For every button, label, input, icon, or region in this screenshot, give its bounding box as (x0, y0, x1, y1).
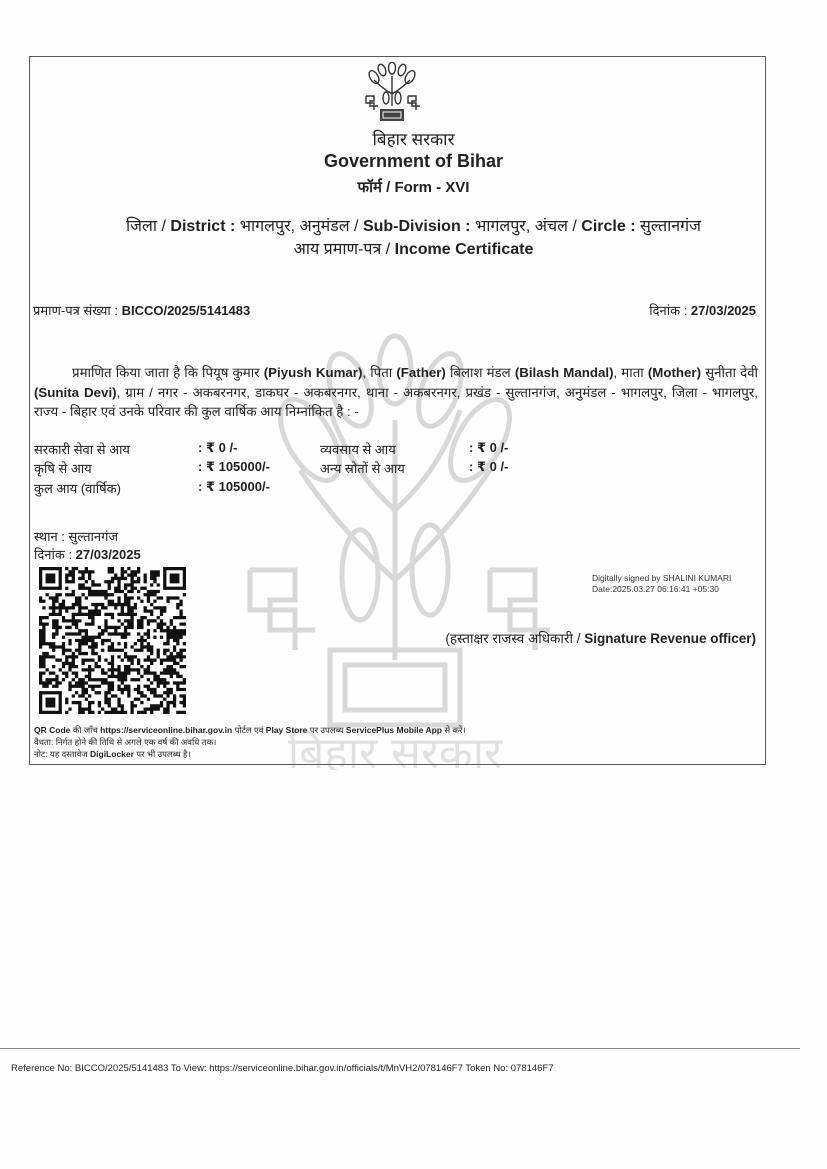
note-text: की जाँच (70, 725, 100, 735)
income-label-other: अन्य स्रोतों से आय (320, 459, 405, 477)
certificate-type-hindi: आय प्रमाण-पत्र / (294, 241, 395, 258)
certificate-number: प्रमाण-पत्र संख्या : BICCO/2025/5141483 (33, 301, 250, 319)
address-text: , ग्राम / नगर - अकबरनगर, डाकघर - अकबरनगर… (34, 385, 758, 420)
note-text: नोट: यह दस्तावेज (34, 749, 90, 759)
note-text: से करें। (442, 725, 466, 735)
income-label-agriculture: कृषि से आय (34, 459, 92, 477)
signature-label: (हस्ताक्षर राजस्व अधिकारी / Signature Re… (445, 629, 756, 647)
applicant-name-en: (Piyush Kumar) (264, 365, 363, 380)
income-label-business: व्यवसाय से आय (320, 440, 396, 458)
form-number: फॉर्म / Form - XVI (0, 177, 827, 197)
qr-verification-note: QR Code की जाँच https://serviceonline.bi… (34, 724, 466, 736)
note-text: Play Store (266, 725, 308, 735)
issue-date: दिनांक : 27/03/2025 (34, 545, 141, 563)
father-label: (Father) (396, 365, 446, 380)
body-text: सुनीता देवी (701, 365, 758, 380)
footer-divider (0, 1048, 800, 1049)
note-text: QR Code (34, 725, 70, 735)
body-text: बिलाश मंडल (446, 365, 515, 380)
place-value: सुल्तानगंज (69, 529, 119, 544)
title-english: Government of Bihar (0, 151, 827, 172)
title-hindi: बिहार सरकार (0, 127, 827, 150)
circle-value: सुल्तानगंज (636, 218, 701, 235)
note-text: पोर्टल एवं (232, 725, 266, 735)
body-text: प्रमाणित किया जाता है कि पियूष कुमार (72, 365, 264, 380)
father-name-en: (Bilash Mandal) (515, 365, 614, 380)
digital-signature-signer: Digitally signed by SHALINI KUMARI (592, 573, 731, 584)
income-label-total: कुल आय (वार्षिक) (34, 479, 121, 497)
income-value-government: : ₹ 0 /- (198, 440, 237, 456)
certificate-number-label: प्रमाण-पत्र संख्या : (33, 303, 122, 318)
location-part: जिला / (126, 218, 170, 235)
note-text: DigiLocker (90, 749, 134, 759)
certificate-date-label: दिनांक : (649, 303, 691, 318)
income-label-government: सरकारी सेवा से आय (34, 440, 130, 458)
circle-label: Circle : (581, 218, 635, 235)
mother-label: (Mother) (648, 365, 701, 380)
income-value-total: : ₹ 105000/- (198, 479, 270, 495)
signature-label-hindi: (हस्ताक्षर राजस्व अधिकारी / (445, 631, 584, 646)
income-value-other: : ₹ 0 /- (469, 459, 508, 475)
note-text: ServicePlus Mobile App (346, 725, 442, 735)
subdivision-label: Sub-Division : (363, 218, 471, 235)
mother-name-en: (Sunita Devi) (34, 385, 117, 400)
issue-date-label: दिनांक : (34, 547, 76, 562)
digilocker-note: नोट: यह दस्तावेज DigiLocker पर भी उपलब्ध… (34, 748, 466, 760)
footer-reference: Reference No: BICCO/2025/5141483 To View… (11, 1063, 554, 1074)
verification-url: https://serviceonline.bihar.gov.in (100, 725, 232, 735)
district-value: भागलपुर, अनुमंडल / (235, 218, 363, 235)
certificate-number-value: BICCO/2025/5141483 (122, 303, 251, 318)
location-line: जिला / District : भागलपुर, अनुमंडल / Sub… (0, 214, 827, 236)
certificate-type: आय प्रमाण-पत्र / Income Certificate (0, 237, 827, 259)
qr-code (39, 567, 186, 714)
income-value-agriculture: : ₹ 105000/- (198, 459, 270, 475)
certificate-type-english: Income Certificate (395, 241, 534, 258)
place: स्थान : सुल्तानगंज (34, 527, 118, 545)
digital-signature-date: Date:2025.03.27 06:16:41 +05:30 (592, 584, 731, 595)
income-value-business: : ₹ 0 /- (469, 440, 508, 456)
body-text: , पिता (362, 365, 396, 380)
certificate-date-value: 27/03/2025 (691, 303, 756, 318)
digital-signature: Digitally signed by SHALINI KUMARI Date:… (592, 573, 731, 595)
notes: QR Code की जाँच https://serviceonline.bi… (34, 724, 466, 760)
place-label: स्थान : (34, 529, 69, 544)
note-text: पर भी उपलब्ध है। (134, 749, 191, 759)
subdivision-value: भागलपुर, अंचल / (471, 218, 582, 235)
note-text: पर उपलब्ध (307, 725, 346, 735)
validity-note: वैधता: निर्गत होने की तिथि से अगले एक वर… (34, 736, 466, 748)
certification-paragraph: प्रमाणित किया जाता है कि पियूष कुमार (Pi… (34, 363, 758, 422)
district-label: District : (170, 218, 235, 235)
signature-label-english: Signature Revenue officer) (584, 631, 756, 646)
body-text: , माता (614, 365, 648, 380)
issue-date-value: 27/03/2025 (76, 547, 141, 562)
certificate-date: दिनांक : 27/03/2025 (649, 301, 756, 319)
bihar-emblem-logo (362, 62, 422, 124)
